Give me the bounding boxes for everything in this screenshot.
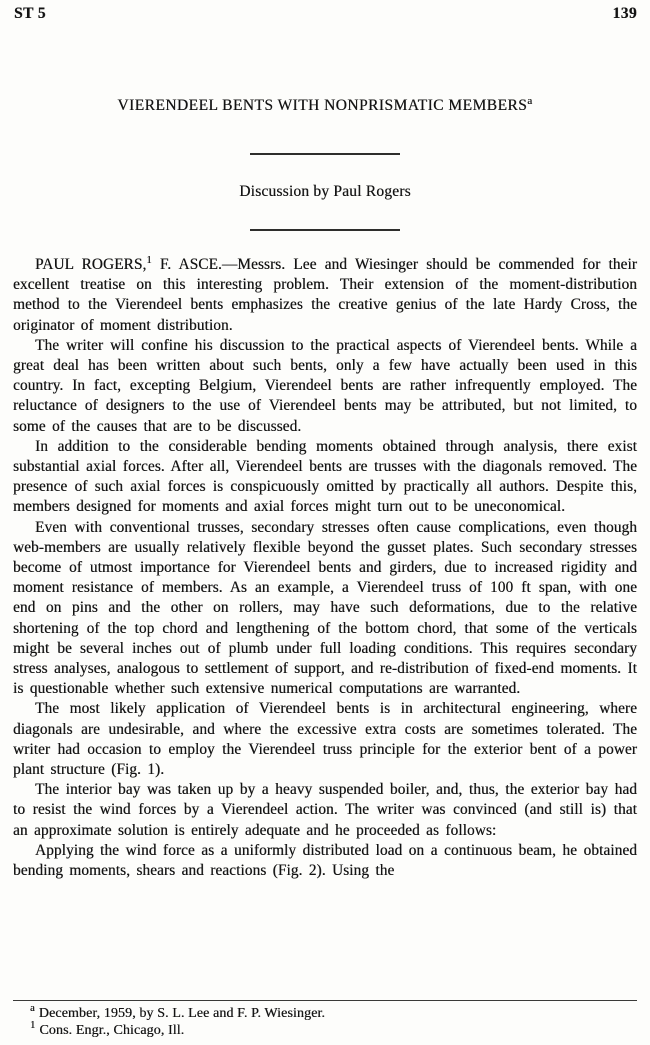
footnote-1-text: Cons. Engr., Chicago, Ill.: [39, 1023, 184, 1038]
author-name: PAUL ROGERS,: [35, 256, 146, 273]
paragraph-5: The most likely application of Vierendee…: [13, 699, 637, 780]
paragraph-2: The writer will confine his discussion t…: [13, 336, 637, 437]
paragraph-3: In addition to the considerable bending …: [13, 437, 637, 518]
article-title-text: VIERENDEEL BENTS WITH NONPRISMATIC MEMBE…: [117, 97, 527, 114]
separator-rule-bottom: [250, 229, 400, 231]
footnote-a-marker: a: [30, 1003, 35, 1014]
paragraph-4: Even with conventional trusses, secondar…: [13, 518, 637, 700]
paragraph-1: PAUL ROGERS,1 F. ASCE.—Messrs. Lee and W…: [13, 255, 637, 336]
separator-rule-top: [250, 153, 400, 155]
discussion-byline: Discussion by Paul Rogers: [0, 183, 650, 201]
article-title: VIERENDEEL BENTS WITH NONPRISMATIC MEMBE…: [0, 97, 650, 115]
paragraph-6: The interior bay was taken up by a heavy…: [13, 780, 637, 841]
footnote-1: 1Cons. Engr., Chicago, Ill.: [30, 1023, 637, 1040]
journal-section-code: ST 5: [14, 5, 46, 23]
running-header: ST 5 139: [14, 5, 637, 23]
page-number: 139: [613, 5, 637, 23]
paragraph-7: Applying the wind force as a uniformly d…: [13, 841, 637, 881]
document-page: ST 5 139 VIERENDEEL BENTS WITH NONPRISMA…: [0, 0, 650, 1045]
footnotes: aDecember, 1959, by S. L. Lee and F. P. …: [30, 1006, 637, 1040]
footnote-1-marker: 1: [30, 1020, 35, 1031]
footnote-rule: [13, 1000, 637, 1001]
footnote-a: aDecember, 1959, by S. L. Lee and F. P. …: [30, 1006, 637, 1023]
title-footnote-marker: a: [527, 95, 532, 107]
footnote-a-text: December, 1959, by S. L. Lee and F. P. W…: [39, 1006, 325, 1021]
article-body: PAUL ROGERS,1 F. ASCE.—Messrs. Lee and W…: [13, 255, 637, 881]
